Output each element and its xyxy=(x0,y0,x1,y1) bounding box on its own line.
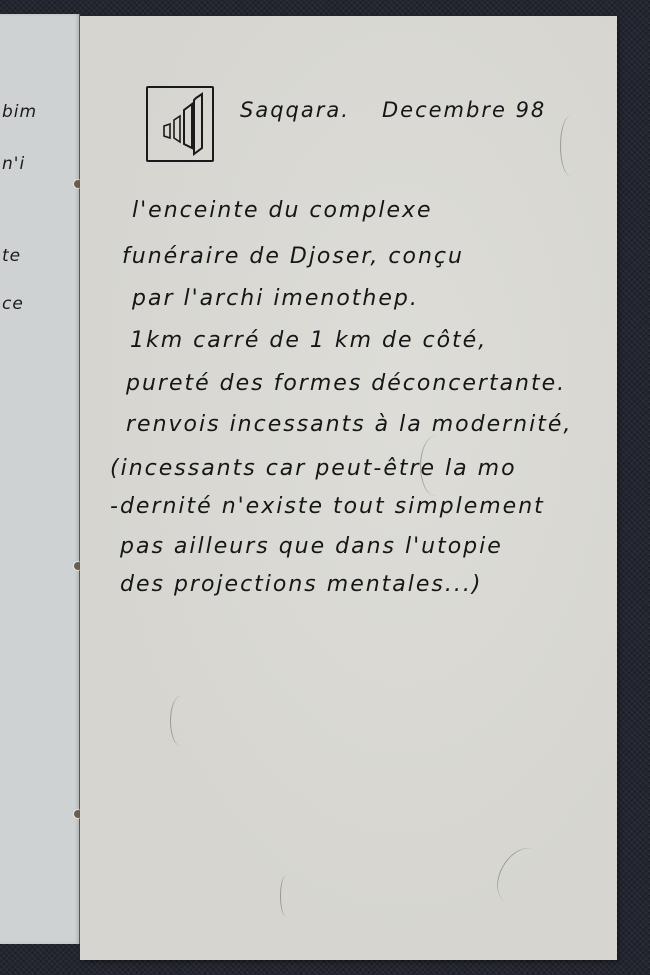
left-page-fragment: te xyxy=(2,246,21,266)
note-line: pureté des formes déconcertante. xyxy=(126,371,566,396)
left-page-fragment: n'i xyxy=(2,154,25,174)
date-heading: Decembre 98 xyxy=(382,98,546,122)
left-page: bim n'i te ce xyxy=(0,14,79,944)
left-page-fragment: bim xyxy=(2,102,37,122)
note-line: 1km carré de 1 km de côté, xyxy=(130,328,487,353)
left-page-fragment: ce xyxy=(2,294,24,314)
doorway-sketch-icon xyxy=(146,86,214,162)
note-line: des projections mentales...) xyxy=(120,572,482,597)
right-page: Saqqara. Decembre 98 l'enceinte du compl… xyxy=(80,16,617,960)
note-line: -dernité n'existe tout simplement xyxy=(110,494,545,519)
paper-fiber xyxy=(170,696,191,746)
paper-fiber xyxy=(488,840,554,912)
note-line: funéraire de Djoser, conçu xyxy=(122,244,464,269)
note-line: pas ailleurs que dans l'utopie xyxy=(120,534,503,559)
note-line: (incessants car peut-être la mo xyxy=(110,456,517,481)
note-line: renvois incessants à la modernité, xyxy=(126,412,572,437)
place-heading: Saqqara. xyxy=(240,98,350,122)
note-line: l'enceinte du complexe xyxy=(132,198,433,223)
note-line: par l'archi imenothep. xyxy=(132,286,419,311)
paper-fiber xyxy=(280,876,291,916)
paper-fiber xyxy=(420,436,451,496)
paper-fiber xyxy=(560,116,581,176)
